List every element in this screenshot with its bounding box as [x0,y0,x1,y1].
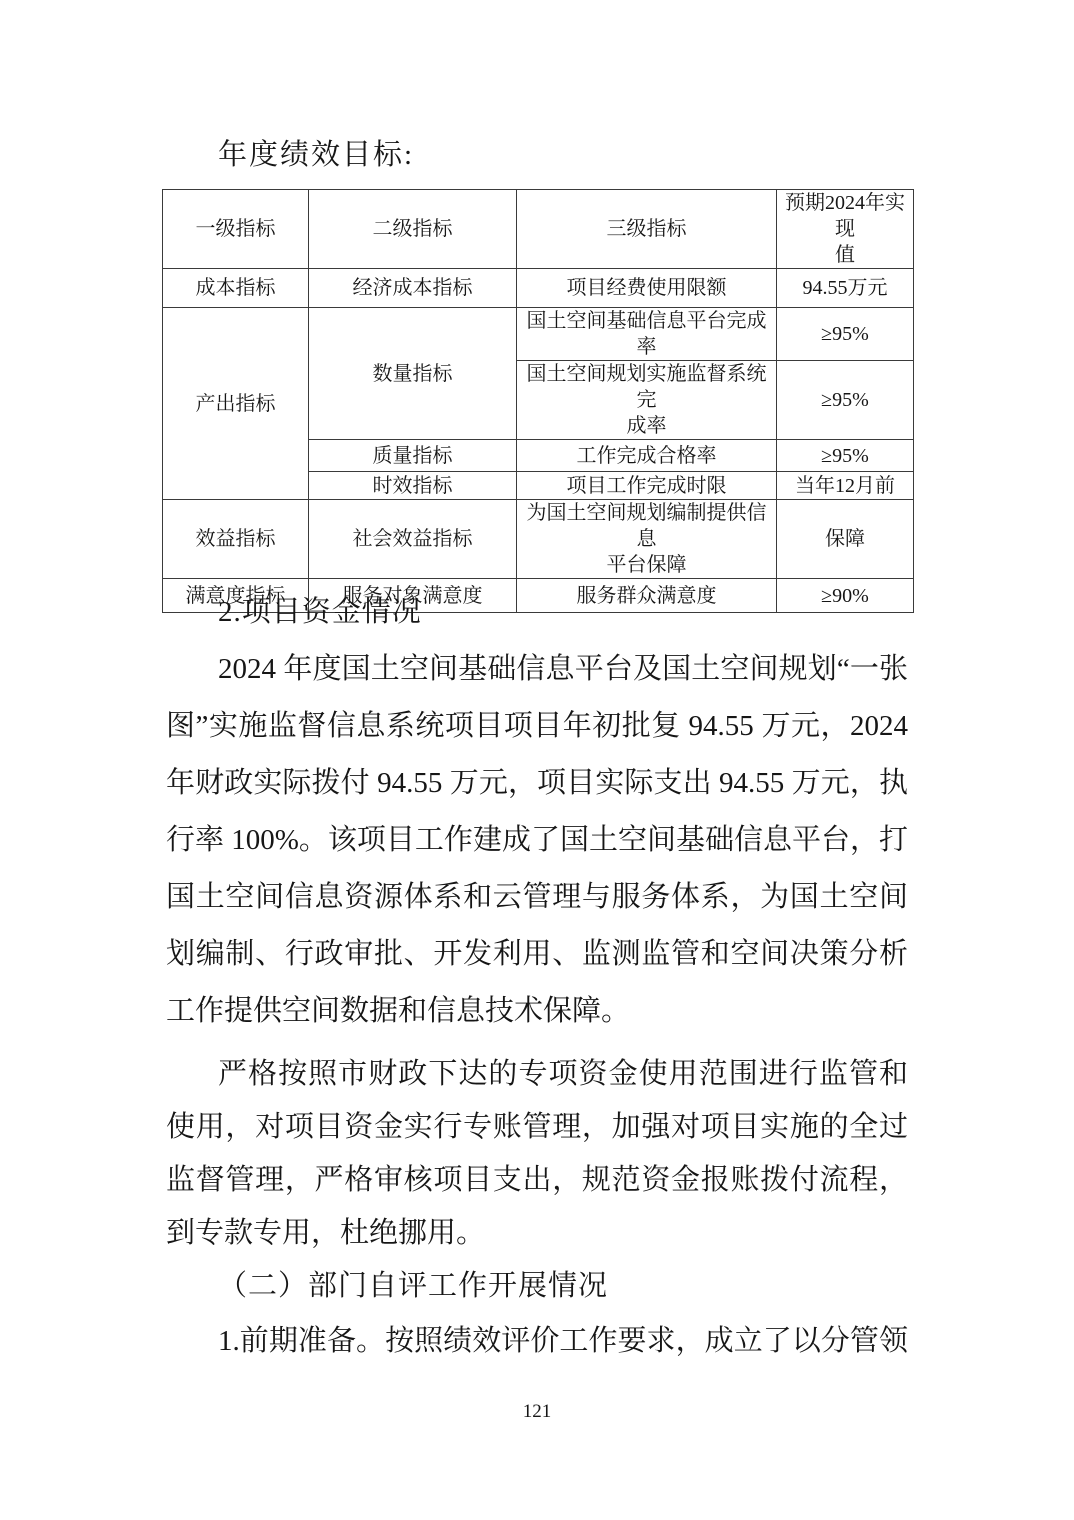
cell-expected: 94.55万元 [777,269,914,308]
selfeval-heading: （二）部门自评工作开展情况 [166,1260,908,1313]
cell-expected: ≥95% [777,440,914,472]
paragraph-line: 工作提供空间数据和信息技术保障。 [166,983,908,1040]
paragraph-line: 年财政实际拨付 94.55 万元，项目实际支出 94.55 万元，执 [166,755,908,812]
paragraph-line: 图”实施监督信息系统项目项目年初批复 94.55 万元，2024 [166,698,908,755]
funding-heading: 2.项目资金情况 [166,584,908,641]
table-row: 效益指标 社会效益指标 为国土空间规划编制提供信息 平台保障 保障 [163,500,914,579]
cell-level3: 国土空间基础信息平台完成率 [517,308,777,361]
header-expected-2024-value: 预期2024年实现 值 [777,190,914,269]
paragraph-line: 1.前期准备。按照绩效评价工作要求，成立了以分管领 [166,1313,908,1370]
table-row: 产出指标 数量指标 国土空间基础信息平台完成率 ≥95% [163,308,914,361]
header-level2-indicator: 二级指标 [309,190,517,269]
cell-level1: 产出指标 [163,308,309,500]
cell-expected: ≥95% [777,361,914,440]
paragraph-line: 严格按照市财政下达的专项资金使用范围进行监管和 [166,1048,908,1101]
paragraph-line: 行率 100%。该项目工作建成了国土空间基础信息平台，打造 [166,812,908,869]
cell-level3: 为国土空间规划编制提供信息 平台保障 [517,500,777,579]
cell-level3: 项目经费使用限额 [517,269,777,308]
cell-expected: ≥95% [777,308,914,361]
cell-level2: 质量指标 [309,440,517,472]
paragraph-line: 到专款专用，杜绝挪用。 [166,1207,908,1260]
cell-level3: 工作完成合格率 [517,440,777,472]
header-level3-indicator: 三级指标 [517,190,777,269]
paragraph-line: 使用，对项目资金实行专账管理，加强对项目实施的全过程 [166,1101,908,1154]
cell-expected: 当年12月前 [777,472,914,500]
page-number: 121 [0,1398,1074,1426]
cell-level3: 项目工作完成时限 [517,472,777,500]
cell-level1: 成本指标 [163,269,309,308]
annual-performance-targets-title: 年度绩效目标: [218,138,414,172]
cell-expected: 保障 [777,500,914,579]
paragraph-line: 划编制、行政审批、开发利用、监测监管和空间决策分析等 [166,926,908,983]
header-level1-indicator: 一级指标 [163,190,309,269]
cell-level2: 社会效益指标 [309,500,517,579]
cell-level2: 经济成本指标 [309,269,517,308]
cell-level2: 数量指标 [309,308,517,440]
paragraph-line: 国土空间信息资源体系和云管理与服务体系，为国土空间规 [166,869,908,926]
table-row: 成本指标 经济成本指标 项目经费使用限额 94.55万元 [163,269,914,308]
performance-indicators-table: 一级指标 二级指标 三级指标 预期2024年实现 值 成本指标 经济成本指标 项… [162,189,914,613]
cell-level1: 效益指标 [163,500,309,579]
cell-level3: 国土空间规划实施监督系统完 成率 [517,361,777,440]
paragraph-line: 监督管理，严格审核项目支出，规范资金报账拨付流程，做 [166,1154,908,1207]
body-text: 2.项目资金情况 2024 年度国土空间基础信息平台及国土空间规划“一张 图”实… [166,584,908,1370]
table-header-row: 一级指标 二级指标 三级指标 预期2024年实现 值 [163,190,914,269]
cell-level2: 时效指标 [309,472,517,500]
document-page: 年度绩效目标: 一级指标 二级指标 三级指标 预期2024年实现 值 成本指标 … [0,0,1074,1520]
paragraph-line: 2024 年度国土空间基础信息平台及国土空间规划“一张 [166,641,908,698]
